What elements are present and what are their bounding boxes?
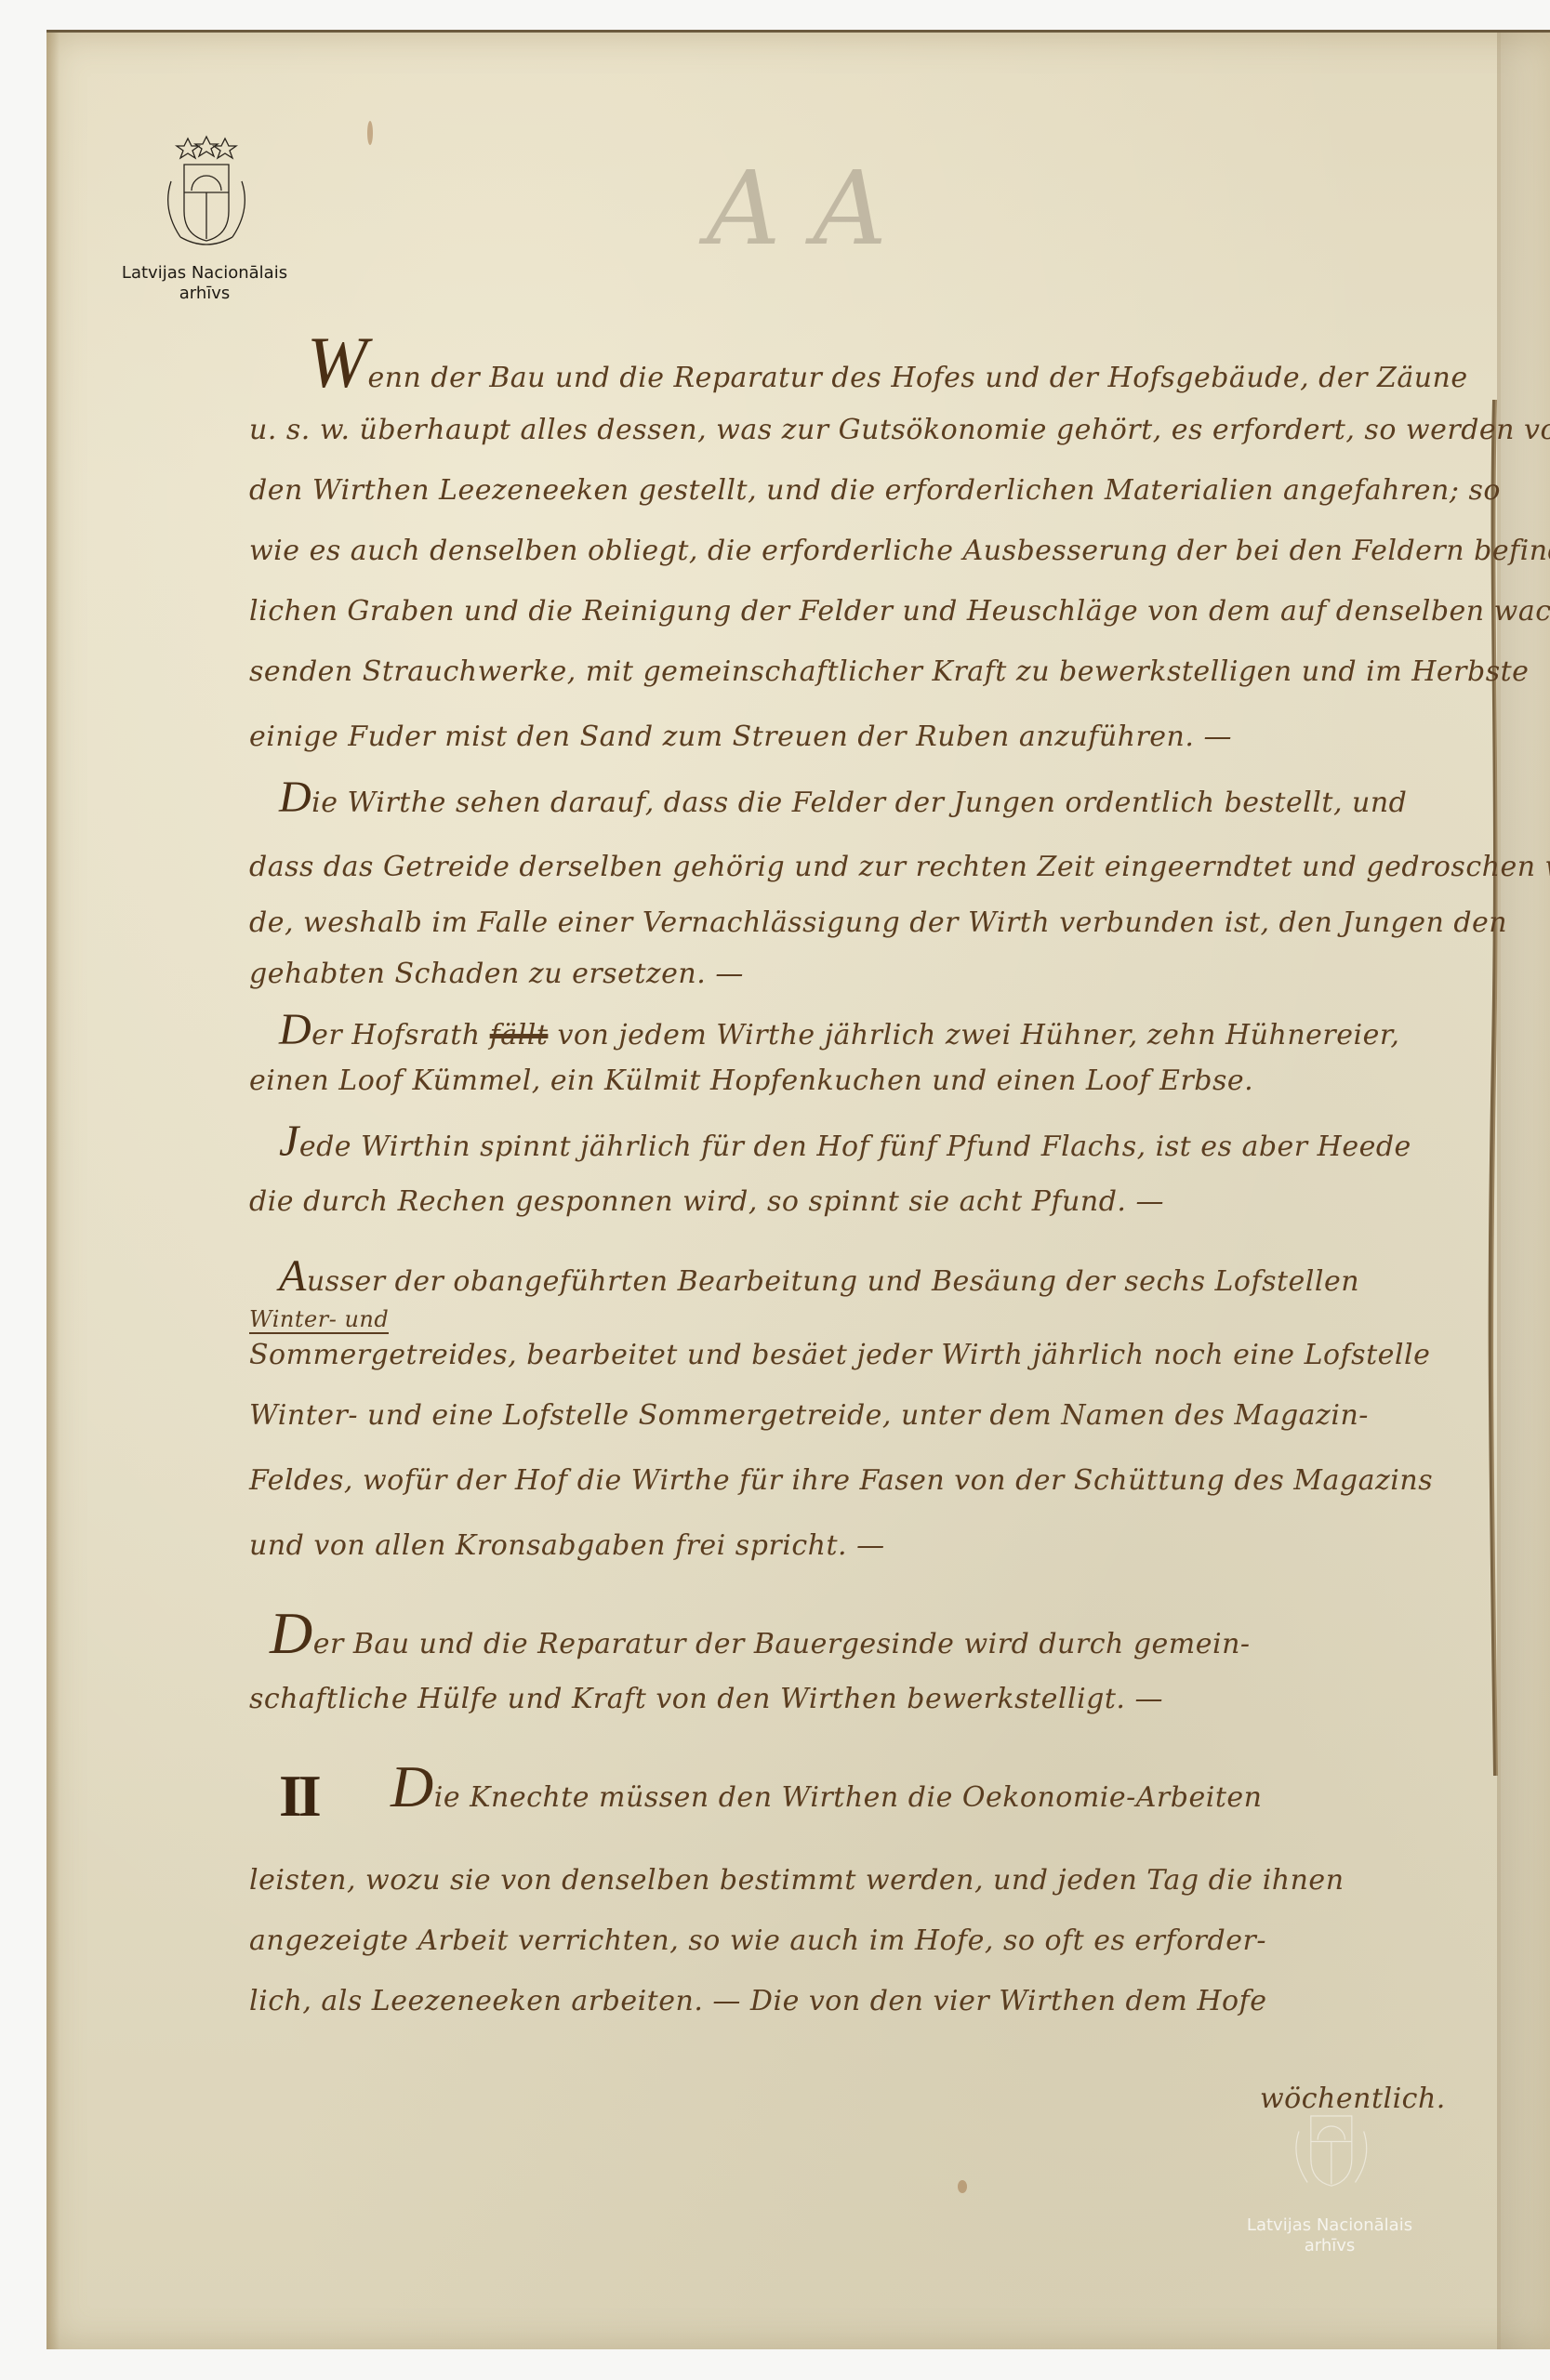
text-line: lich, als Leezeneeken arbeiten. — Die vo… — [249, 1985, 1266, 2017]
text-line: Der Bau und die Reparatur der Bauergesin… — [270, 1599, 1251, 1668]
text-line: Wenn der Bau und die Reparatur des Hofes… — [307, 321, 1468, 404]
drop-initial: D — [270, 1600, 313, 1666]
section-number: II — [279, 1762, 318, 1831]
watermark-line2: arhīvs — [1237, 2236, 1423, 2256]
drop-initial: D — [279, 1005, 311, 1054]
struck-word: fällt — [490, 1019, 549, 1051]
drop-initial: D — [391, 1753, 434, 1819]
coat-of-arms-icon — [1278, 2106, 1381, 2208]
text-line: einige Fuder mist den Sand zum Streuen d… — [249, 721, 1232, 753]
watermark-text: Latvijas Nacionālais arhīvs — [1237, 2215, 1423, 2256]
text-line: den Wirthen Leezeneeken gestellt, und di… — [249, 474, 1501, 507]
text-line: schaftliche Hülfe und Kraft von den Wirt… — [249, 1683, 1163, 1715]
text-line: u. s. w. überhaupt alles dessen, was zur… — [249, 414, 1550, 446]
text-line: Feldes, wofür der Hof die Wirthe für ihr… — [249, 1464, 1433, 1497]
drop-initial: A — [279, 1251, 307, 1301]
archive-watermark: Latvijas Nacionālais arhīvs — [1237, 2106, 1423, 2256]
text-line: senden Strauchwerke, mit gemeinschaftlic… — [249, 655, 1529, 688]
text-line: Die Wirthe sehen darauf, dass die Felder… — [279, 772, 1407, 823]
text-line: wie es auch denselben obliegt, die erfor… — [249, 535, 1550, 567]
text-line: Sommergetreides, bearbeitet und besäet j… — [249, 1339, 1430, 1371]
text-line: Ausser der obangeführten Bearbeitung und… — [279, 1250, 1359, 1302]
text-line: und von allen Kronsabgaben frei spricht.… — [249, 1529, 885, 1562]
text-line: leisten, wozu sie von denselben bestimmt… — [249, 1864, 1345, 1897]
drop-initial: J — [279, 1117, 299, 1166]
text-line: angezeigte Arbeit verrichten, so wie auc… — [249, 1924, 1266, 1957]
drop-initial: D — [279, 773, 311, 822]
text-line: Winter- und eine Lofstelle Sommergetreid… — [249, 1399, 1369, 1432]
manuscript-text: Wenn der Bau und die Reparatur des Hofes… — [0, 0, 1550, 2380]
text-line: die durch Rechen gesponnen wird, so spin… — [249, 1185, 1164, 1218]
text-line: dass das Getreide derselben gehörig und … — [249, 851, 1550, 883]
text-line: Der Hofsrath fällt von jedem Wirthe jähr… — [279, 1004, 1399, 1055]
drop-initial: W — [307, 322, 367, 403]
text-line: lichen Graben und die Reinigung der Feld… — [249, 595, 1550, 628]
text-line: Jede Wirthin spinnt jährlich für den Hof… — [279, 1116, 1411, 1167]
text-line: einen Loof Kümmel, ein Külmit Hopfenkuch… — [249, 1064, 1253, 1097]
text-line: gehabten Schaden zu ersetzen. — — [249, 958, 744, 990]
text-line: Die Knechte müssen den Wirthen die Oekon… — [391, 1752, 1262, 1821]
interlinear-insertion: Winter- und — [249, 1306, 389, 1334]
text-line: de, weshalb im Falle einer Vernachlässig… — [249, 906, 1507, 939]
watermark-line1: Latvijas Nacionālais — [1237, 2215, 1423, 2236]
